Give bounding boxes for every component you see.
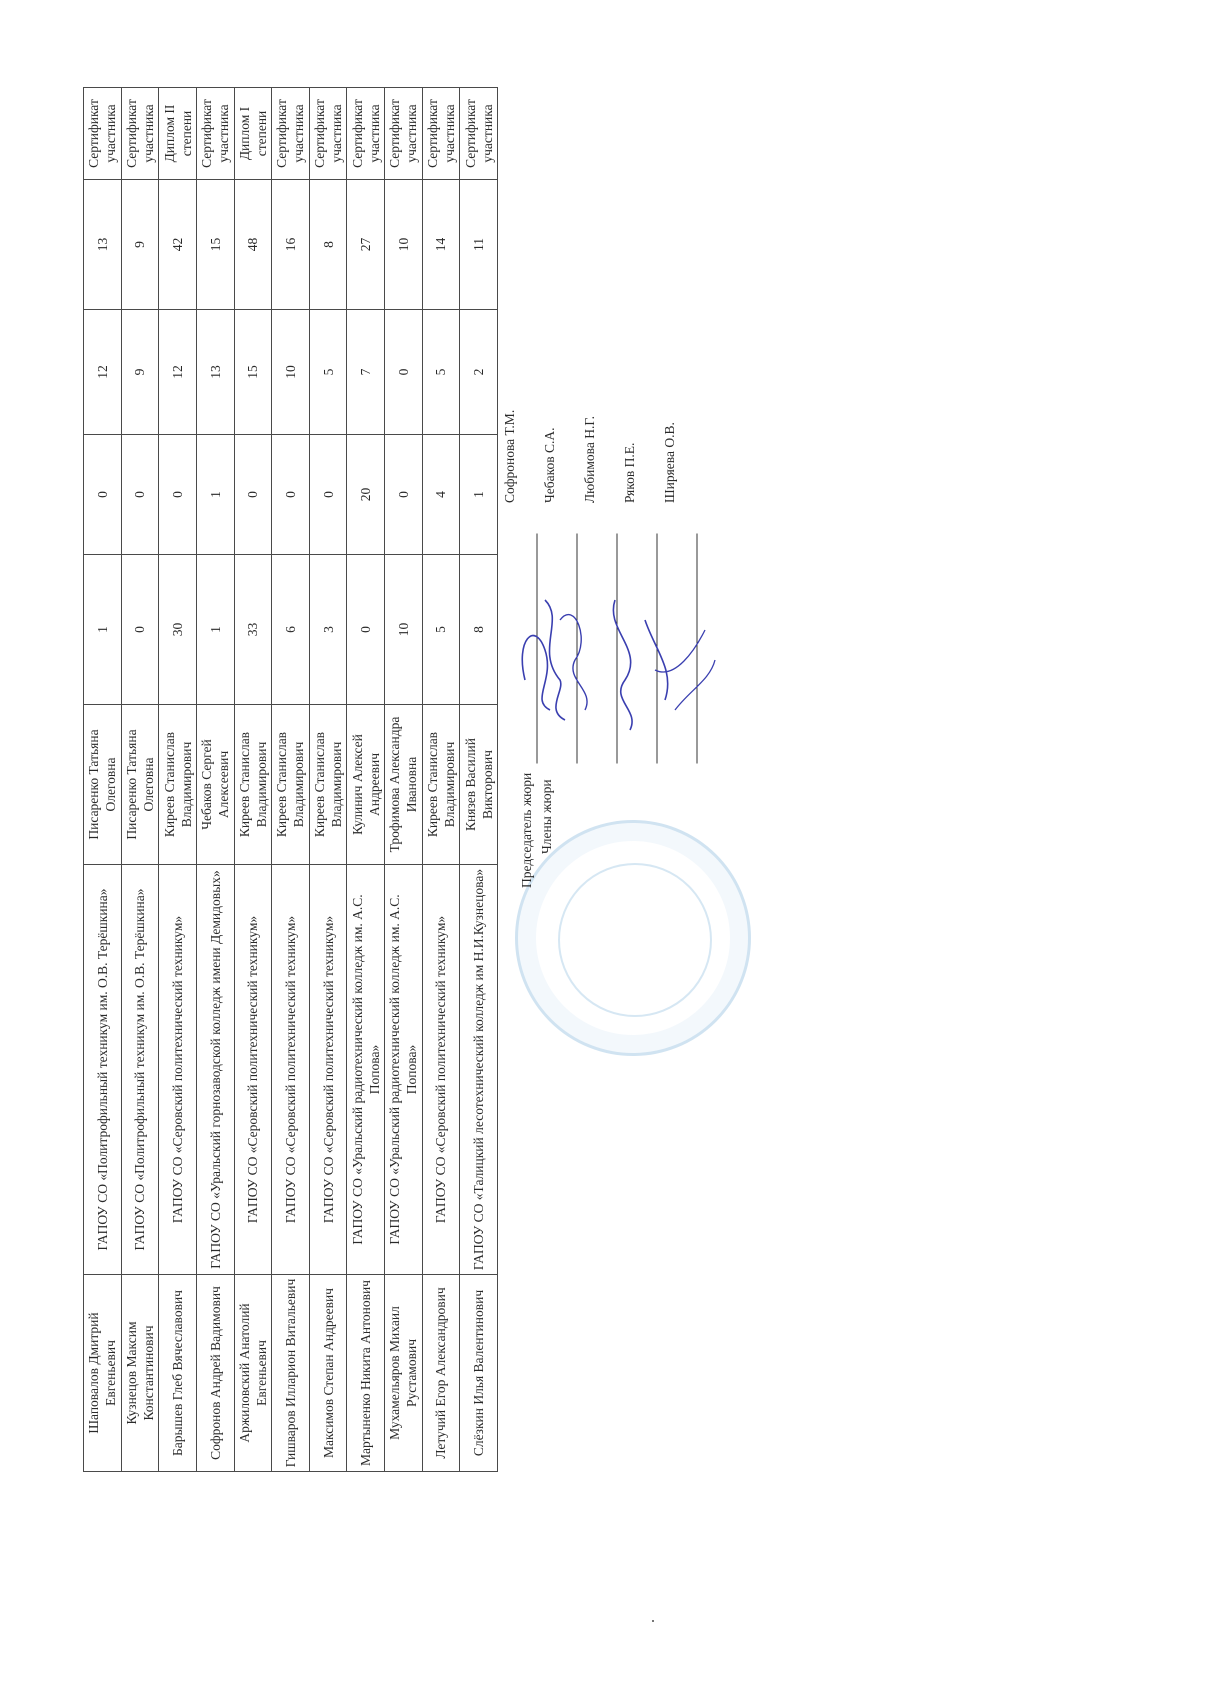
cell-award: Сертификат участника [309, 88, 347, 180]
cell-score-2: 0 [121, 435, 159, 555]
cell-participant: Слёзкин Илья Валентинович [460, 1275, 498, 1472]
cell-total: 11 [460, 180, 498, 310]
cell-institution: ГАПОУ СО «Серовский политехнический техн… [422, 865, 460, 1275]
table-row: Летучий Егор АлександровичГАПОУ СО «Серо… [422, 88, 460, 1472]
cell-participant: Аржиловский Анатолий Евгеньевич [234, 1275, 272, 1472]
cell-institution: ГАПОУ СО «Серовский политехнический техн… [272, 865, 310, 1275]
table-row: Максимов Степан АндреевичГАПОУ СО «Серов… [309, 88, 347, 1472]
cell-institution: ГАПОУ СО «Талицкий лесотехнический колле… [460, 865, 498, 1275]
table-row: Кузнецов Максим КонстантиновичГАПОУ СО «… [121, 88, 159, 1472]
cell-score-2: 0 [385, 435, 423, 555]
cell-institution: ГАПОУ СО «Серовский политехнический техн… [309, 865, 347, 1275]
cell-participant: Кузнецов Максим Константинович [121, 1275, 159, 1472]
cell-score-1: 33 [234, 555, 272, 705]
cell-award: Диплом II степени [159, 88, 197, 180]
table-row: Гишваров Илларион ВитальевичГАПОУ СО «Се… [272, 88, 310, 1472]
cell-score-3: 5 [422, 310, 460, 435]
cell-score-1: 1 [84, 555, 122, 705]
table-row: Барышев Глеб ВячеславовичГАПОУ СО «Серов… [159, 88, 197, 1472]
cell-participant: Шаповалов Дмитрий Евгеньевич [84, 1275, 122, 1472]
cell-teacher: Киреев Станислав Владимирович [309, 705, 347, 865]
table-row: Аржиловский Анатолий ЕвгеньевичГАПОУ СО … [234, 88, 272, 1472]
cell-score-2: 0 [309, 435, 347, 555]
cell-participant: Барышев Глеб Вячеславович [159, 1275, 197, 1472]
signatures [505, 560, 725, 760]
jury-member-name: Чебаков С.А. [542, 373, 558, 503]
cell-total: 10 [385, 180, 423, 310]
cell-total: 9 [121, 180, 159, 310]
cell-participant: Гишваров Илларион Витальевич [272, 1275, 310, 1472]
cell-institution: ГАПОУ СО «Политрофильный техникум им. О.… [84, 865, 122, 1275]
cell-score-1: 30 [159, 555, 197, 705]
cell-award: Сертификат участника [84, 88, 122, 180]
cell-participant: Максимов Степан Андреевич [309, 1275, 347, 1472]
cell-award: Сертификат участника [347, 88, 385, 180]
cell-teacher: Писаренко Татьяна Олеговна [84, 705, 122, 865]
cell-institution: ГАПОУ СО «Политрофильный техникум им. О.… [121, 865, 159, 1275]
cell-institution: ГАПОУ СО «Уральский радиотехнический кол… [347, 865, 385, 1275]
cell-score-1: 6 [272, 555, 310, 705]
cell-score-2: 4 [422, 435, 460, 555]
cell-total: 16 [272, 180, 310, 310]
cell-total: 15 [196, 180, 234, 310]
cell-teacher: Князев Василий Викторович [460, 705, 498, 865]
cell-award: Сертификат участника [460, 88, 498, 180]
cell-score-1: 10 [385, 555, 423, 705]
cell-total: 42 [159, 180, 197, 310]
table-row: Софронов Андрей ВадимовичГАПОУ СО «Ураль… [196, 88, 234, 1472]
cell-total: 27 [347, 180, 385, 310]
cell-score-3: 10 [272, 310, 310, 435]
cell-total: 48 [234, 180, 272, 310]
cell-score-2: 20 [347, 435, 385, 555]
cell-teacher: Киреев Станислав Владимирович [159, 705, 197, 865]
table-row: Мартыненко Никита АнтоновичГАПОУ СО «Ура… [347, 88, 385, 1472]
cell-score-2: 1 [460, 435, 498, 555]
cell-award: Сертификат участника [196, 88, 234, 180]
results-table: Шаповалов Дмитрий ЕвгеньевичГАПОУ СО «По… [83, 87, 498, 1472]
cell-score-3: 12 [159, 310, 197, 435]
cell-teacher: Трофимова Александра Ивановна [385, 705, 423, 865]
cell-teacher: Чебаков Сергей Алексеевич [196, 705, 234, 865]
results-table-rotated: Шаповалов Дмитрий ЕвгеньевичГАПОУ СО «По… [83, 88, 498, 1472]
cell-institution: ГАПОУ СО «Уральский горнозаводской колле… [196, 865, 234, 1275]
cell-score-1: 0 [347, 555, 385, 705]
cell-score-3: 0 [385, 310, 423, 435]
jury-member-name: Ширяева О.В. [662, 373, 678, 503]
cell-teacher: Киреев Станислав Владимирович [234, 705, 272, 865]
cell-award: Сертификат участника [121, 88, 159, 180]
jury-members-label: Члены жюри [539, 754, 555, 854]
cell-teacher: Киреев Станислав Владимирович [272, 705, 310, 865]
table-row: Слёзкин Илья ВалентиновичГАПОУ СО «Талиц… [460, 88, 498, 1472]
cell-score-1: 0 [121, 555, 159, 705]
cell-award: Сертификат участника [385, 88, 423, 180]
cell-score-1: 5 [422, 555, 460, 705]
cell-score-3: 5 [309, 310, 347, 435]
cell-total: 8 [309, 180, 347, 310]
cell-score-2: 0 [159, 435, 197, 555]
cell-score-3: 2 [460, 310, 498, 435]
cell-score-1: 1 [196, 555, 234, 705]
cell-participant: Мухамельяров Михаил Рустамович [385, 1275, 423, 1472]
cell-teacher: Кулинич Алексей Андреевич [347, 705, 385, 865]
cell-score-2: 0 [272, 435, 310, 555]
table-row: Мухамельяров Михаил РустамовичГАПОУ СО «… [385, 88, 423, 1472]
cell-score-3: 13 [196, 310, 234, 435]
cell-institution: ГАПОУ СО «Серовский политехнический техн… [234, 865, 272, 1275]
table-row: Шаповалов Дмитрий ЕвгеньевичГАПОУ СО «По… [84, 88, 122, 1472]
cell-score-2: 0 [84, 435, 122, 555]
cell-participant: Мартыненко Никита Антонович [347, 1275, 385, 1472]
cell-institution: ГАПОУ СО «Серовский политехнический техн… [159, 865, 197, 1275]
jury-member-name: Ряков П.Е. [622, 373, 638, 503]
cell-award: Сертификат участника [272, 88, 310, 180]
cell-total: 13 [84, 180, 122, 310]
cell-total: 14 [422, 180, 460, 310]
cell-score-3: 9 [121, 310, 159, 435]
cell-participant: Софронов Андрей Вадимович [196, 1275, 234, 1472]
cell-institution: ГАПОУ СО «Уральский радиотехнический кол… [385, 865, 423, 1275]
cell-score-2: 0 [234, 435, 272, 555]
cell-award: Сертификат участника [422, 88, 460, 180]
cell-score-3: 12 [84, 310, 122, 435]
cell-participant: Летучий Егор Александрович [422, 1275, 460, 1472]
cell-teacher: Киреев Станислав Владимирович [422, 705, 460, 865]
cell-score-2: 1 [196, 435, 234, 555]
cell-teacher: Писаренко Татьяна Олеговна [121, 705, 159, 865]
jury-block: Председатель жюри Члены жюри Софронова Т… [505, 0, 705, 1684]
cell-score-3: 7 [347, 310, 385, 435]
cell-score-1: 3 [309, 555, 347, 705]
jury-member-name: Любимова Н.Г. [582, 373, 598, 503]
cell-score-1: 8 [460, 555, 498, 705]
jury-member-name: Софронова Т.М. [502, 373, 518, 503]
cell-award: Диплом I степени [234, 88, 272, 180]
cell-score-3: 15 [234, 310, 272, 435]
